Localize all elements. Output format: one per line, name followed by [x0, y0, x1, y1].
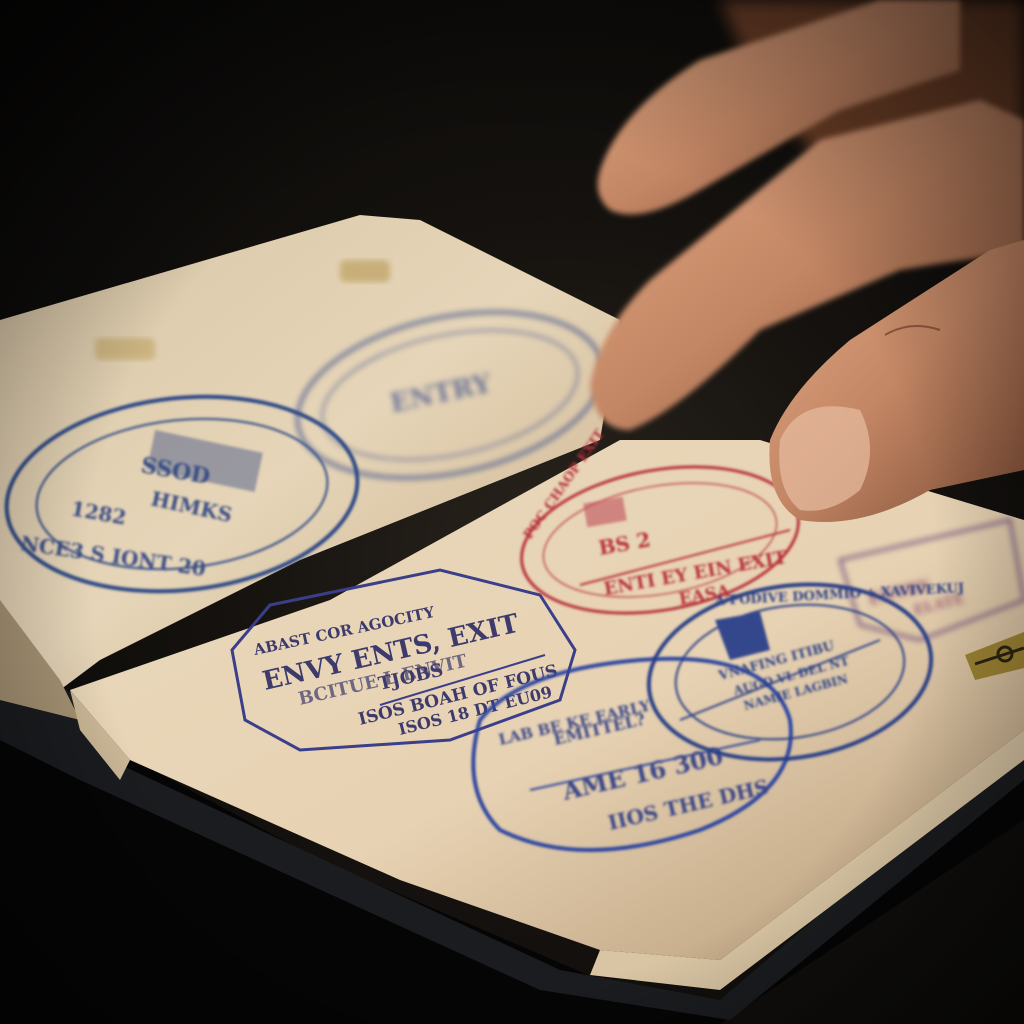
passport-photo: ENTRY SSOD HIMKS 1282 NCE3 S IONT 20 ABA… [0, 0, 1024, 1024]
vignette [0, 0, 1024, 1024]
photo-canvas: ENTRY SSOD HIMKS 1282 NCE3 S IONT 20 ABA… [0, 0, 1024, 1024]
